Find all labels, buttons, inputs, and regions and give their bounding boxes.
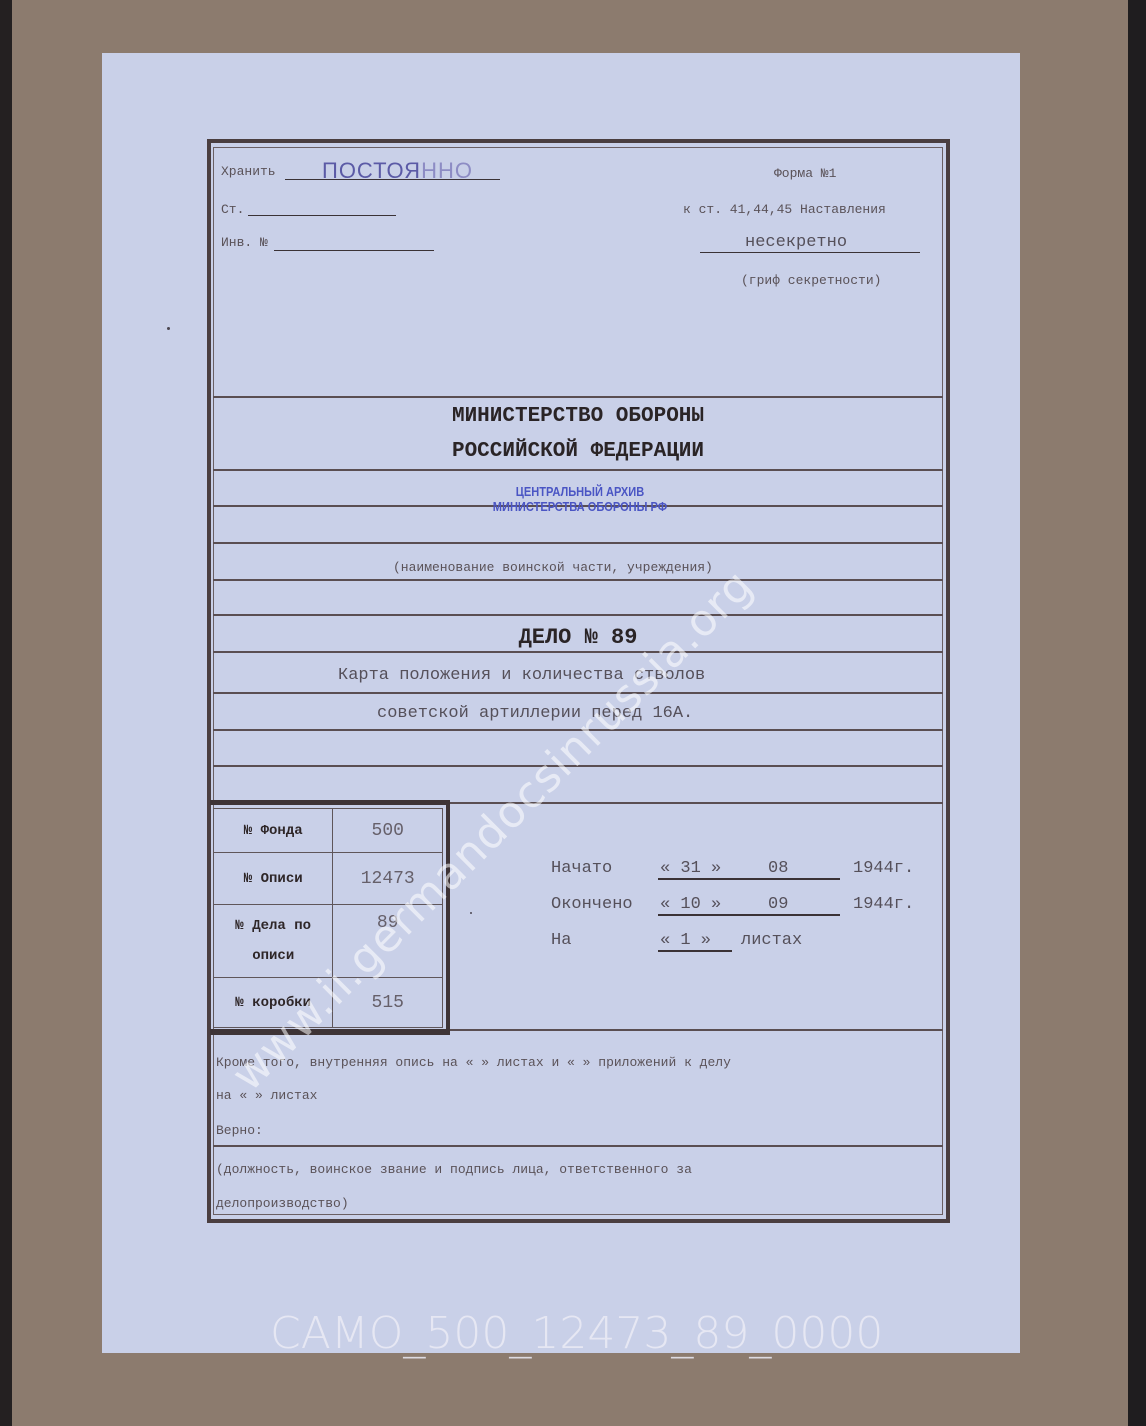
rule-line — [213, 469, 943, 471]
store-stamp: ПОСТОЯННО — [322, 158, 473, 184]
delo-label-line-2: описи — [214, 948, 332, 964]
verified-label: Верно: — [216, 1123, 263, 1138]
sheets-suffix: листах — [741, 931, 802, 950]
ended-month: 09 — [768, 895, 788, 914]
ended-day: « 10 » — [660, 895, 721, 914]
secrecy-caption: (гриф секретности) — [741, 273, 881, 288]
ministry-line-1: МИНИСТЕРСТВО ОБОРОНЫ — [213, 405, 943, 428]
inv-underline — [274, 250, 434, 251]
store-stamp-text: ПОСТОЯ — [322, 158, 421, 183]
sheets-underline — [658, 950, 732, 952]
table-row: № Фонда 500 — [214, 809, 443, 853]
ended-year: 1944г. — [853, 895, 914, 914]
rule-line — [213, 579, 943, 581]
scan-edge-left — [0, 0, 12, 1426]
archive-stamp-line-2: МИНИСТЕРСТВА ОБОРОНЫ РФ — [461, 499, 699, 514]
started-underline — [658, 878, 840, 880]
secrecy-value: несекретно — [745, 233, 847, 252]
ended-underline — [658, 914, 840, 916]
rule-line — [450, 1029, 943, 1031]
form-number: Форма №1 — [774, 166, 836, 181]
started-day: « 31 » — [660, 859, 721, 878]
sheets-label: На — [551, 931, 571, 950]
store-stamp-text-faded: ННО — [421, 158, 473, 183]
form-reference: к ст. 41,44,45 Наставления — [683, 202, 886, 217]
st-label: Ст. — [221, 202, 244, 217]
unit-caption: (наименование воинской части, учреждения… — [393, 560, 713, 575]
rule-line — [213, 1145, 943, 1147]
paper-speck — [470, 912, 472, 914]
fond-label: № Фонда — [214, 809, 333, 853]
rule-line — [213, 614, 943, 616]
started-year: 1944г. — [853, 859, 914, 878]
st-underline — [248, 215, 396, 216]
image-caption: CAMO_500_12473_89_0000 — [270, 1308, 883, 1359]
responsible-line-1: (должность, воинское звание и подпись ли… — [216, 1162, 692, 1177]
store-label: Хранить — [221, 164, 276, 179]
paper-speck — [167, 327, 170, 330]
archive-stamp-line-1: ЦЕНТРАЛЬНЫЙ АРХИВ — [461, 484, 699, 499]
rule-line — [213, 651, 943, 653]
secrecy-underline — [700, 252, 920, 253]
case-title: ДЕЛО № 89 — [213, 625, 943, 650]
rule-line — [213, 692, 943, 694]
delo-label: № Дела по описи — [214, 905, 333, 978]
rule-line — [213, 396, 943, 398]
started-label: Начато — [551, 859, 612, 878]
delo-label-line-1: № Дела по — [214, 918, 332, 934]
rule-line — [213, 542, 943, 544]
fond-value: 500 — [333, 809, 443, 853]
responsible-line-2: делопроизводство) — [216, 1196, 349, 1211]
ended-label: Окончено — [551, 895, 633, 914]
started-month: 08 — [768, 859, 788, 878]
scan-edge-right — [1128, 0, 1146, 1426]
inv-label: Инв. № — [221, 235, 268, 250]
ministry-line-2: РОССИЙСКОЙ ФЕДЕРАЦИИ — [213, 440, 943, 463]
sheets-count: « 1 » — [660, 931, 711, 950]
opis-label: № Описи — [214, 853, 333, 905]
